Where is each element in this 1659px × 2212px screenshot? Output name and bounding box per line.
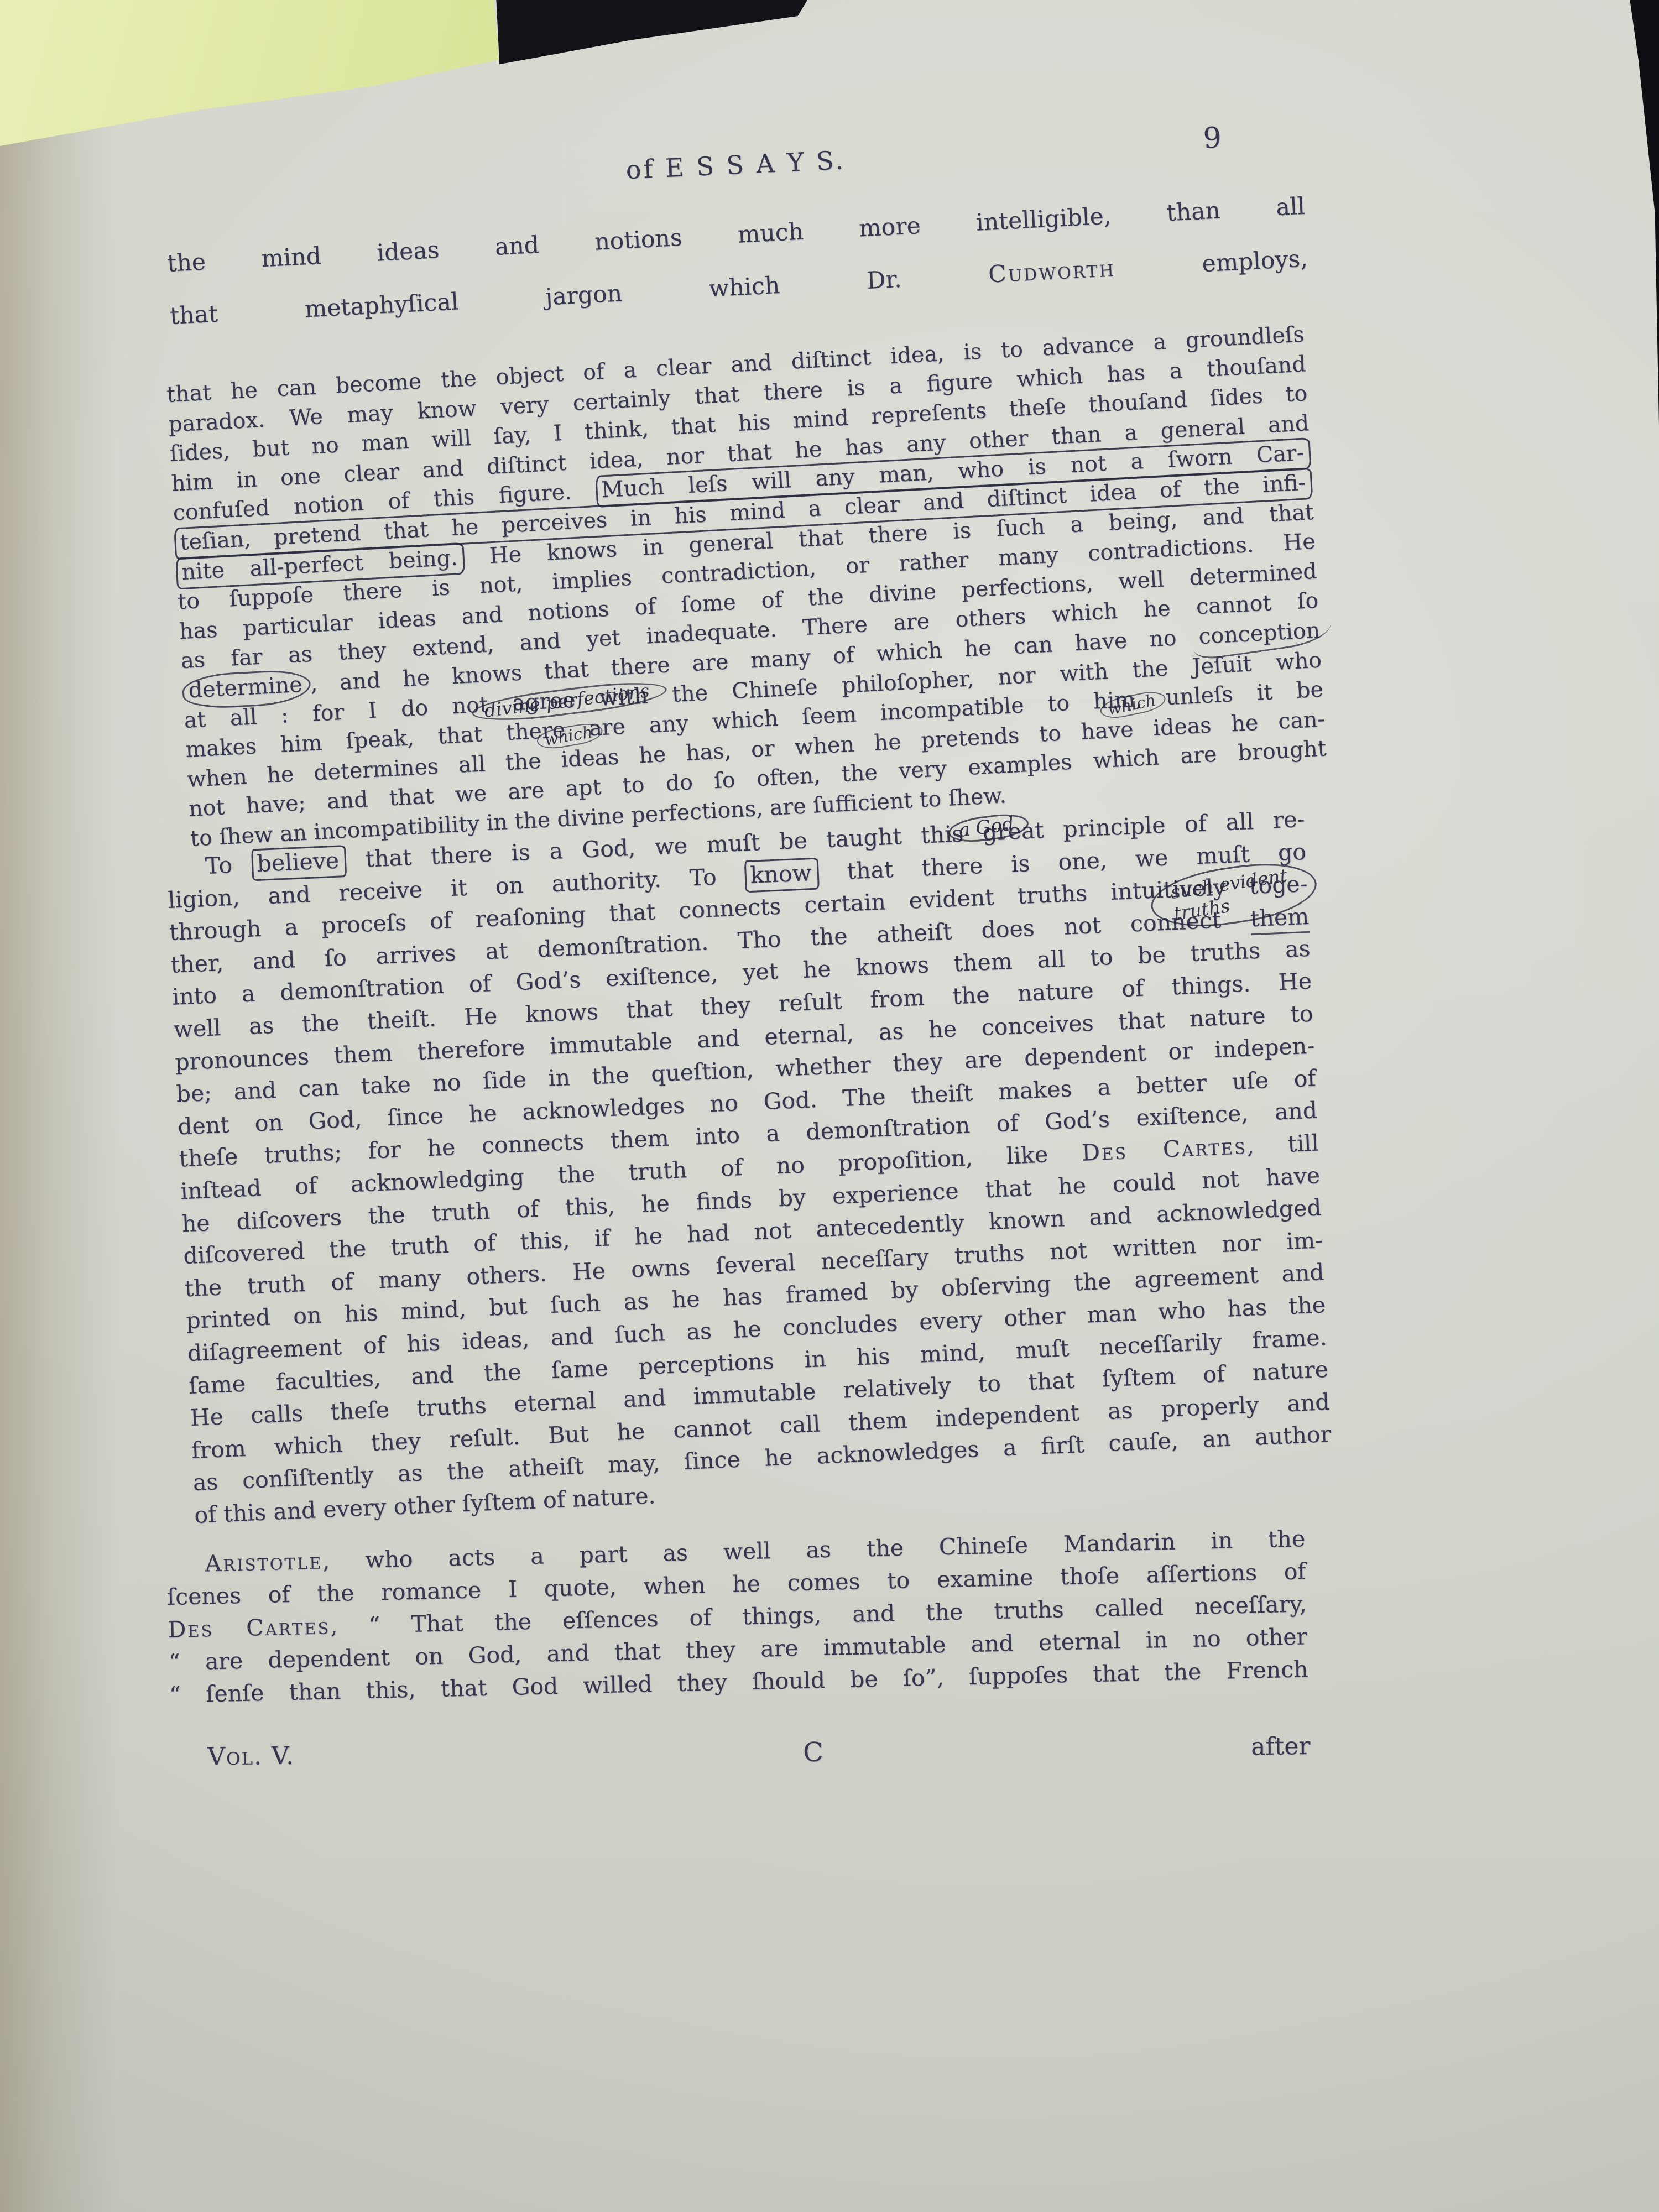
text-segment: To — [205, 851, 252, 879]
paragraph-body: To believe that there is a God, we muſt … — [166, 803, 1333, 1531]
ink-marked-text: Cudworth — [988, 255, 1116, 289]
paragraph-quotation: that he can become the object of a clear… — [166, 320, 1329, 854]
catchword: after — [1251, 1732, 1311, 1761]
ink-marked-text: Aristotle — [205, 1548, 323, 1577]
ink-marked-text: Des Cartes — [1081, 1133, 1248, 1166]
book-page: of E S S A Y S. 9 the mind ideas and not… — [0, 0, 1659, 2212]
text-segment: , till — [1246, 1129, 1319, 1159]
paragraph-aristotle: Aristotle, who acts a part as well as th… — [166, 1522, 1308, 1712]
text-segment: employs, — [1114, 246, 1308, 283]
ink-marked-text: conception — [1198, 618, 1321, 650]
volume-label: Vol. V. — [207, 1742, 295, 1771]
ink-marked-text: know — [744, 857, 819, 893]
page-footer: Vol. V. C after — [166, 1732, 1306, 1798]
book-photo: of E S S A Y S. 9 the mind ideas and not… — [0, 0, 1659, 2212]
ink-marked-text: believe — [251, 845, 347, 881]
signature-mark: C — [803, 1737, 823, 1768]
page-number: 9 — [1202, 121, 1222, 155]
ink-marked-text: Des Cartes — [168, 1613, 331, 1643]
